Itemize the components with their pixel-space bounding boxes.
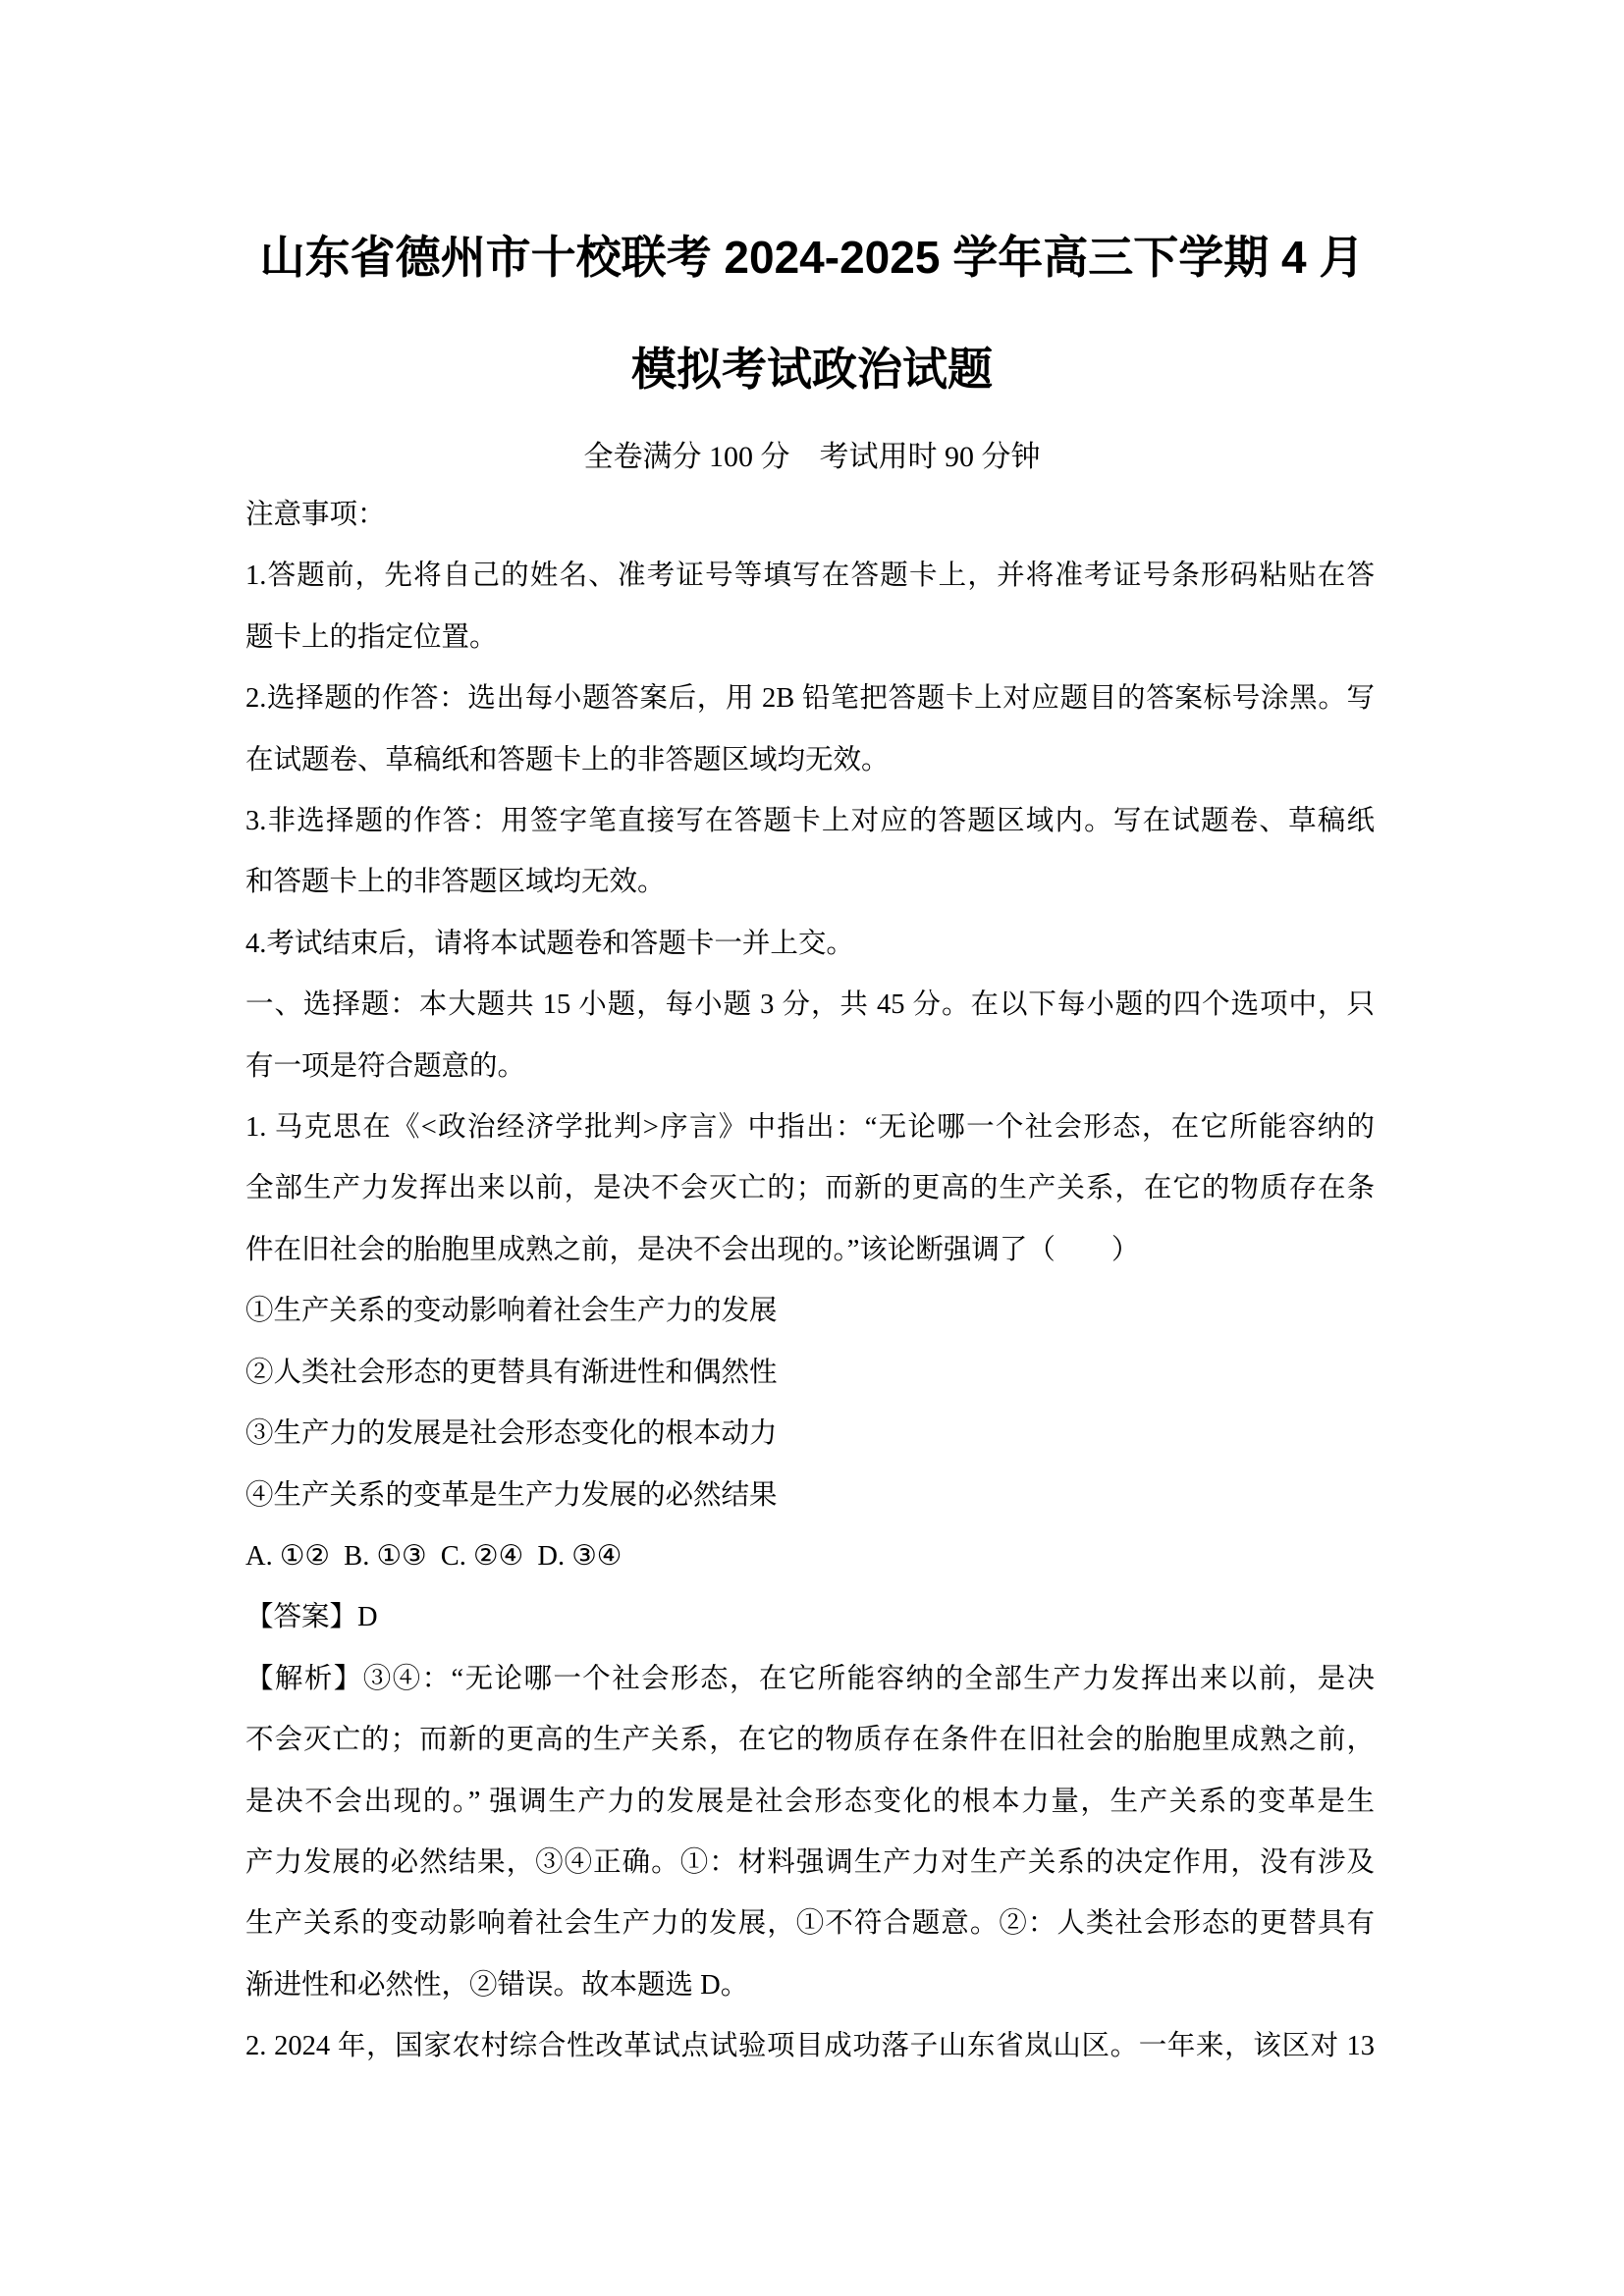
exam-subtitle: 全卷满分 100 分 考试用时 90 分钟 xyxy=(245,441,1379,474)
body-line: ①生产关系的变动影响着社会生产力的发展 xyxy=(245,1281,1375,1342)
document-body: 注意事项：1.答题前，先将自己的姓名、准考证号等填写在答题卡上，并将准考证号条形… xyxy=(245,485,1375,2078)
body-line: 3.非选择题的作答：用签字笔直接写在答题卡上对应的答题区域内。写在试题卷、草稿纸 xyxy=(245,791,1375,852)
body-line: 和答题卡上的非答题区域均无效。 xyxy=(245,852,1375,913)
exam-title-line1: 山东省德州市十校联考 2024-2025 学年高三下学期 4 月 xyxy=(245,232,1379,283)
exam-document-page: 山东省德州市十校联考 2024-2025 学年高三下学期 4 月 模拟考试政治试… xyxy=(0,0,1624,2296)
body-line: 件在旧社会的胎胞里成熟之前，是决不会出现的。”该论断强调了（ ） xyxy=(245,1220,1375,1281)
body-line: ②人类社会形态的更替具有渐进性和偶然性 xyxy=(245,1343,1375,1404)
body-line: A. ①② B. ①③ C. ②④ D. ③④ xyxy=(245,1526,1375,1587)
body-line: 有一项是符合题意的。 xyxy=(245,1037,1375,1097)
body-line: 【答案】D xyxy=(245,1587,1375,1648)
body-line: 产力发展的必然结果，③④正确。①：材料强调生产力对生产关系的决定作用，没有涉及 xyxy=(245,1833,1375,1894)
body-line: 是决不会出现的。” 强调生产力的发展是社会形态变化的根本力量，生产关系的变革是生 xyxy=(245,1772,1375,1833)
body-line: 2. 2024 年，国家农村综合性改革试点试验项目成功落子山东省岚山区。一年来，… xyxy=(245,2016,1375,2077)
body-line: ④生产关系的变革是生产力发展的必然结果 xyxy=(245,1466,1375,1526)
body-line: 在试题卷、草稿纸和答题卡上的非答题区域均无效。 xyxy=(245,730,1375,791)
body-line: ③生产力的发展是社会形态变化的根本动力 xyxy=(245,1404,1375,1465)
body-line: 1. 马克思在《<政治经济学批判>序言》中指出：“无论哪一个社会形态，在它所能容… xyxy=(245,1097,1375,1158)
exam-title-line2: 模拟考试政治试题 xyxy=(245,344,1379,395)
body-line: 2.选择题的作答：选出每小题答案后，用 2B 铅笔把答题卡上对应题目的答案标号涂… xyxy=(245,668,1375,729)
body-line: 题卡上的指定位置。 xyxy=(245,608,1375,668)
body-line: 4.考试结束后，请将本试题卷和答题卡一并上交。 xyxy=(245,914,1375,975)
body-line: 生产关系的变动影响着社会生产力的发展，①不符合题意。②：人类社会形态的更替具有 xyxy=(245,1894,1375,1954)
body-line: 渐进性和必然性，②错误。故本题选 D。 xyxy=(245,1955,1375,2016)
body-line: 【解析】③④：“无论哪一个社会形态，在它所能容纳的全部生产力发挥出来以前，是决 xyxy=(245,1649,1375,1710)
body-line: 不会灭亡的；而新的更高的生产关系，在它的物质存在条件在旧社会的胎胞里成熟之前， xyxy=(245,1710,1375,1771)
body-line: 全部生产力发挥出来以前，是决不会灭亡的；而新的更高的生产关系，在它的物质存在条 xyxy=(245,1158,1375,1219)
body-line: 一、选择题：本大题共 15 小题，每小题 3 分，共 45 分。在以下每小题的四… xyxy=(245,975,1375,1036)
body-line: 注意事项： xyxy=(245,485,1375,546)
body-line: 1.答题前，先将自己的姓名、准考证号等填写在答题卡上，并将准考证号条形码粘贴在答 xyxy=(245,546,1375,607)
